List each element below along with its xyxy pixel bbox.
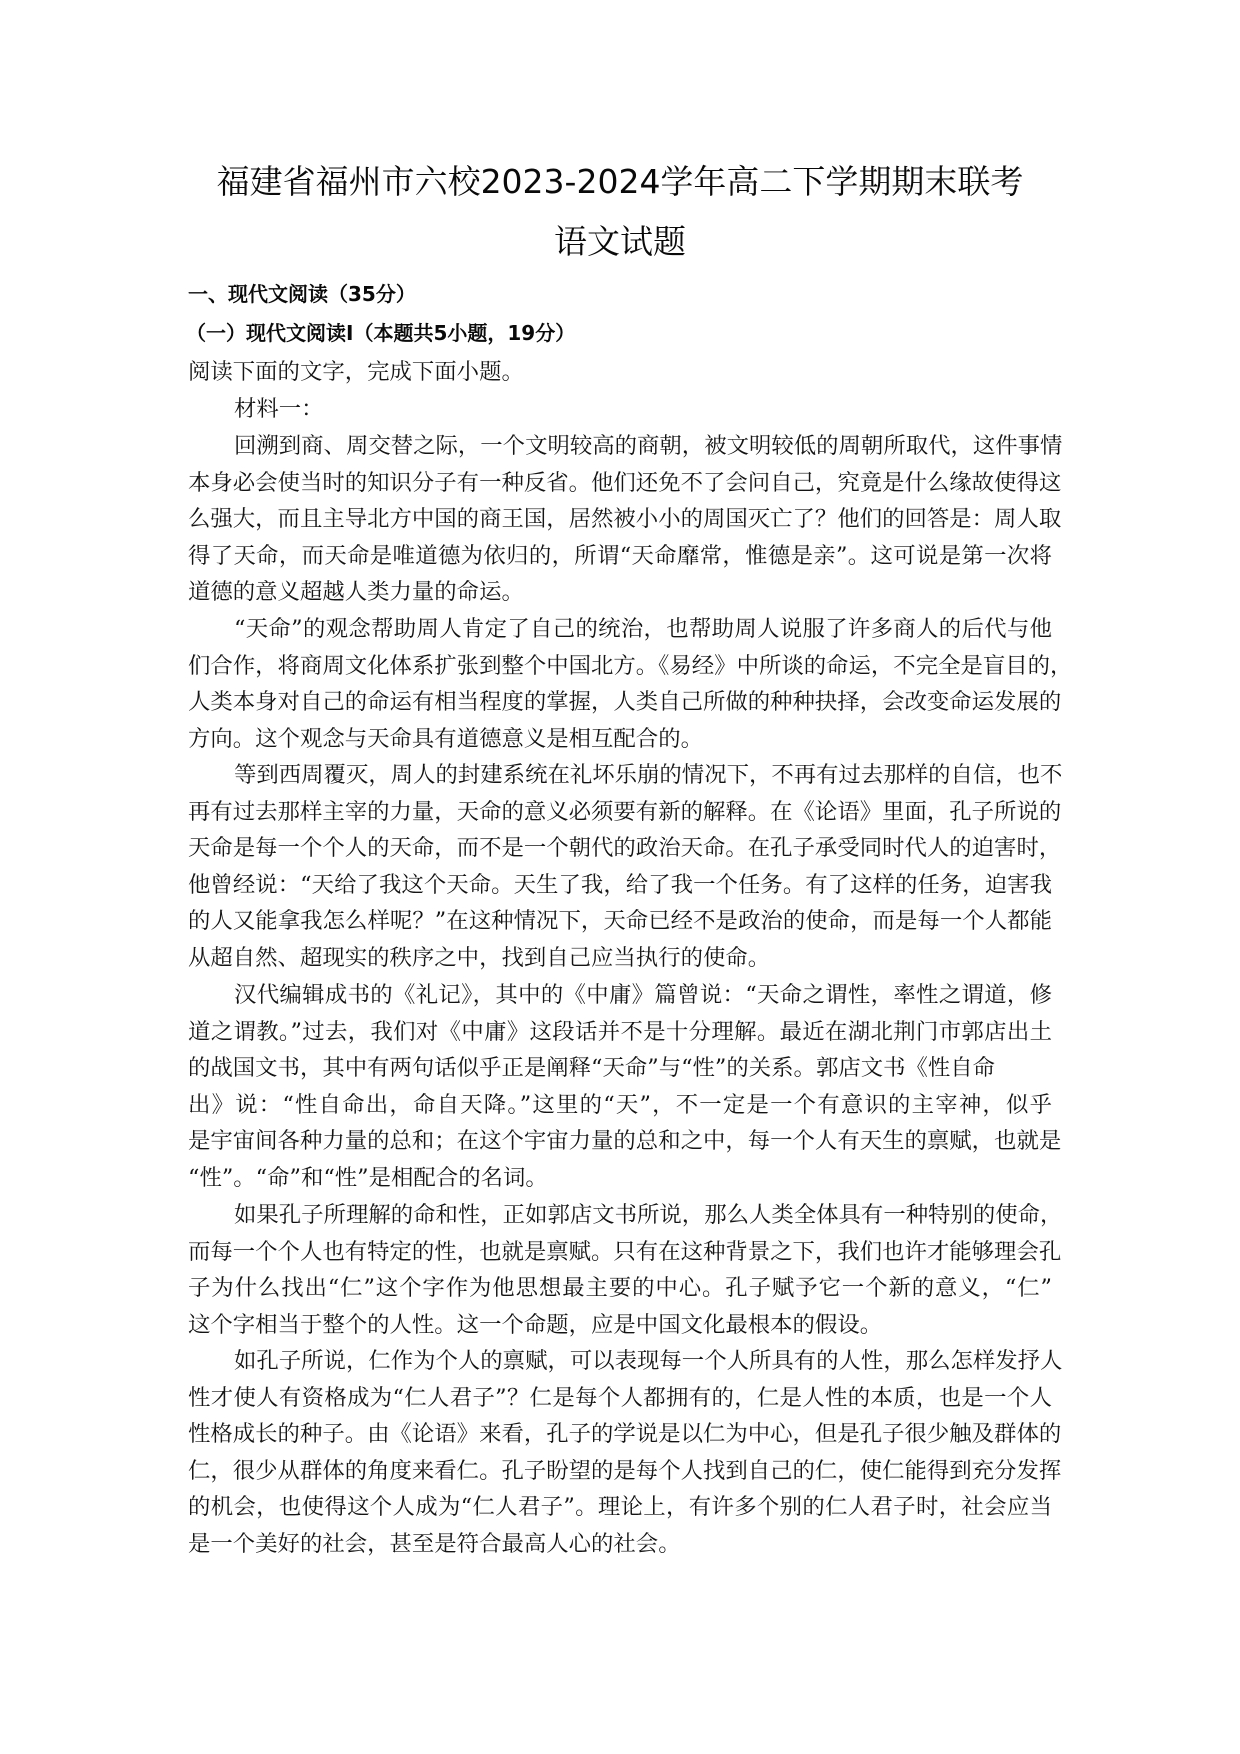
paragraph-6: 如孔子所说，仁作为个人的禀赋，可以表现每一个人所具有的人性，那么怎样发抒人 性才… (188, 1343, 1052, 1563)
paragraph-line: 们合作，将商周文化体系扩张到整个中国北方。《易经》中所谈的命运，不完全是盲目的， (188, 648, 1052, 685)
paragraph-line: 天命是每一个个人的天命，而不是一个朝代的政治天命。在孔子承受同时代人的迫害时， (188, 830, 1052, 867)
paragraph-line: 等到西周覆灭，周人的封建系统在礼坏乐崩的情况下，不再有过去那样的自信，也不 (188, 757, 1052, 794)
paragraph-line: 的人又能拿我怎么样呢？”在这种情况下，天命已经不是政治的使命，而是每一个人都能 (188, 903, 1052, 940)
paragraph-1: 回溯到商、周交替之际，一个文明较高的商朝，被文明较低的周朝所取代，这件事情 本身… (188, 428, 1052, 611)
paragraph-line: 他曾经说：“天给了我这个天命。天生了我，给了我一个任务。有了这样的任务，迫害我 (188, 867, 1052, 904)
section-heading: 一、现代文阅读（35分） (188, 279, 416, 309)
paragraph-line: “天命”的观念帮助周人肯定了自己的统治，也帮助周人说服了许多商人的后代与他 (188, 611, 1052, 648)
exam-title: 福建省福州市六校2023-2024学年高二下学期期末联考 (0, 162, 1240, 202)
paragraph-line: 子为什么找出“仁”这个字作为他思想最主要的中心。孔子赋予它一个新的意义，“仁” (188, 1270, 1052, 1307)
paragraph-line: 方向。这个观念与天命具有道德意义是相互配合的。 (188, 721, 1052, 758)
paragraph-line: 得了天命，而天命是唯道德为依归的，所谓“天命靡常，惟德是亲”。这可说是第一次将 (188, 538, 1052, 575)
paragraph-line: 仁，很少从群体的角度来看仁。孔子盼望的是每个人找到自己的仁，使仁能得到充分发挥 (188, 1453, 1052, 1490)
paragraph-line: 是宇宙间各种力量的总和；在这个宇宙力量的总和之中，每一个人有天生的禀赋，也就是 (188, 1123, 1052, 1160)
reading-instruction: 阅读下面的文字，完成下面小题。 (188, 354, 524, 391)
material-label: 材料一： (234, 391, 324, 428)
paragraph-line: 而每一个个人也有特定的性，也就是禀赋。只有在这种背景之下，我们也许才能够理会孔 (188, 1234, 1052, 1271)
paragraph-line: 的机会，也使得这个人成为“仁人君子”。理论上，有许多个别的仁人君子时，社会应当 (188, 1489, 1052, 1526)
paragraph-line: 这个字相当于整个的人性。这一个命题，应是中国文化最根本的假设。 (188, 1307, 1052, 1344)
paragraph-line: 么强大，而且主导北方中国的商王国，居然被小小的周国灭亡了？他们的回答是：周人取 (188, 501, 1052, 538)
paragraph-line: 出》说：“性自命出，命自天降。”这里的“天”，不一定是一个有意识的主宰神，似乎 (188, 1087, 1052, 1124)
exam-subtitle: 语文试题 (0, 222, 1240, 262)
paragraph-line: 道德的意义超越人类力量的命运。 (188, 574, 1052, 611)
paragraph-line: 汉代编辑成书的《礼记》，其中的《中庸》篇曾说：“天命之谓性，率性之谓道，修 (188, 977, 1052, 1014)
paragraph-line: “性”。“命”和“性”是相配合的名词。 (188, 1160, 1052, 1197)
paragraph-line: 如果孔子所理解的命和性，正如郭店文书所说，那么人类全体具有一种特别的使命， (188, 1197, 1052, 1234)
exam-page: 福建省福州市六校2023-2024学年高二下学期期末联考 语文试题 一、现代文阅… (0, 0, 1240, 1754)
paragraph-line: 回溯到商、周交替之际，一个文明较高的商朝，被文明较低的周朝所取代，这件事情 (188, 428, 1052, 465)
paragraph-3: 等到西周覆灭，周人的封建系统在礼坏乐崩的情况下，不再有过去那样的自信，也不 再有… (188, 757, 1052, 977)
paragraph-line: 再有过去那样主宰的力量，天命的意义必须要有新的解释。在《论语》里面，孔子所说的 (188, 794, 1052, 831)
paragraph-line: 性才使人有资格成为“仁人君子”？仁是每个人都拥有的，仁是人性的本质，也是一个人 (188, 1380, 1052, 1417)
subsection-heading: （一）现代文阅读Ⅰ（本题共5小题，19分） (186, 318, 575, 348)
paragraph-line: 如孔子所说，仁作为个人的禀赋，可以表现每一个人所具有的人性，那么怎样发抒人 (188, 1343, 1052, 1380)
paragraph-line: 性格成长的种子。由《论语》来看，孔子的学说是以仁为中心，但是孔子很少触及群体的 (188, 1416, 1052, 1453)
paragraph-line: 的战国文书，其中有两句话似乎正是阐释“天命”与“性”的关系。郭店文书《性自命 (188, 1050, 1052, 1087)
paragraph-4: 汉代编辑成书的《礼记》，其中的《中庸》篇曾说：“天命之谓性，率性之谓道，修 道之… (188, 977, 1052, 1197)
paragraph-line: 是一个美好的社会，甚至是符合最高人心的社会。 (188, 1526, 1052, 1563)
paragraph-2: “天命”的观念帮助周人肯定了自己的统治，也帮助周人说服了许多商人的后代与他 们合… (188, 611, 1052, 757)
paragraph-line: 从超自然、超现实的秩序之中，找到自己应当执行的使命。 (188, 940, 1052, 977)
paragraph-5: 如果孔子所理解的命和性，正如郭店文书所说，那么人类全体具有一种特别的使命， 而每… (188, 1197, 1052, 1343)
paragraph-line: 道之谓教。”过去，我们对《中庸》这段话并不是十分理解。最近在湖北荆门市郭店出土 (188, 1014, 1052, 1051)
paragraph-line: 本身必会使当时的知识分子有一种反省。他们还免不了会问自己，究竟是什么缘故使得这 (188, 465, 1052, 502)
paragraph-line: 人类本身对自己的命运有相当程度的掌握，人类自己所做的种种抉择，会改变命运发展的 (188, 684, 1052, 721)
